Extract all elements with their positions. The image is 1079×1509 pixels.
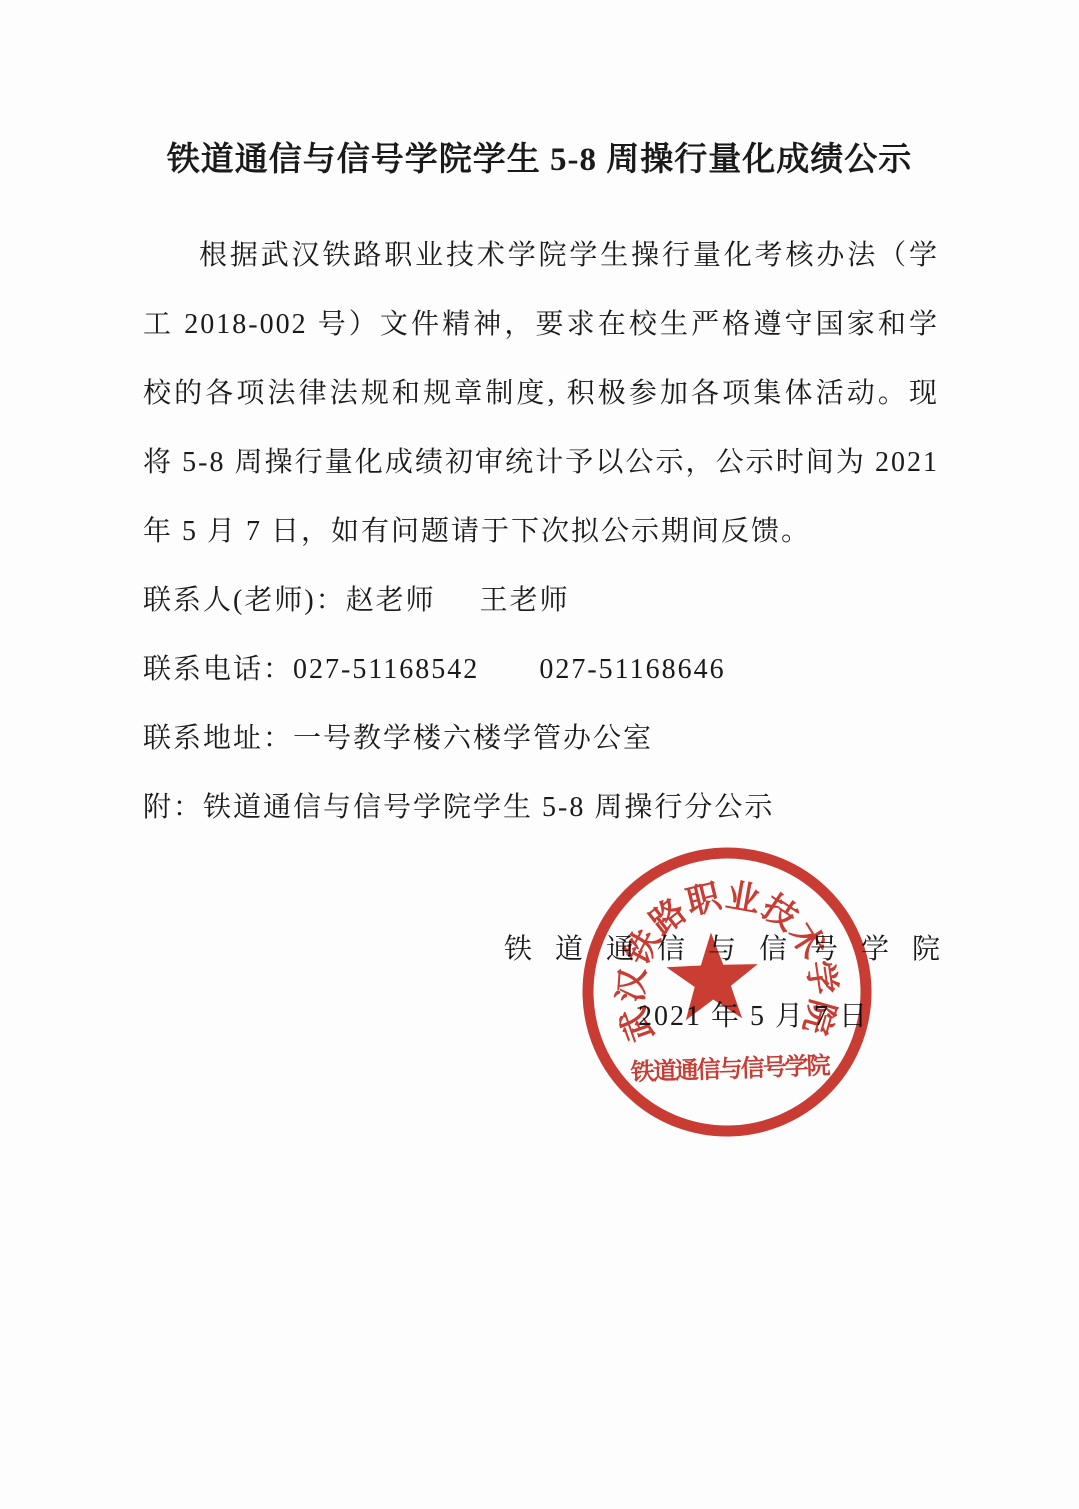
contact-person-row: 联系人(老师)：赵老师王老师: [143, 566, 939, 635]
contact-phone-label: 联系电话：: [143, 654, 293, 685]
contact-person-label: 联系人(老师)：: [143, 585, 346, 616]
contact-person-2: 王老师: [480, 585, 570, 616]
seal-inner-text: 铁道通信与信号学院: [629, 1051, 831, 1086]
document-page: 铁道通信与信号学院学生 5-8 周操行量化成绩公示 根据武汉铁路职业技术学院学生…: [0, 0, 1079, 1509]
attachment-label: 附：: [143, 792, 203, 823]
star-icon: [665, 931, 759, 1021]
document-title: 铁道通信与信号学院学生 5-8 周操行量化成绩公示: [0, 138, 1079, 182]
contact-address-value: 一号教学楼六楼学管办公室: [293, 723, 653, 754]
body-paragraph: 根据武汉铁路职业技术学院学生操行量化考核办法（学工 2018-002 号）文件精…: [143, 221, 939, 566]
seal-outer-textpath: 武汉铁路职业技术学院: [608, 873, 844, 1047]
contact-address-row: 联系地址：一号教学楼六楼学管办公室: [143, 704, 939, 773]
contact-phone-1: 027-51168542: [293, 654, 479, 685]
contact-address-label: 联系地址：: [143, 723, 293, 754]
contact-phone-row: 联系电话：027-51168542027-51168646: [143, 635, 939, 704]
contact-person-1: 赵老师: [346, 585, 436, 616]
attachment-value: 铁道通信与信号学院学生 5-8 周操行分公示: [203, 792, 774, 823]
official-seal: 武汉铁路职业技术学院 铁道通信与信号学院: [565, 830, 890, 1155]
seal-outer-text: 武汉铁路职业技术学院: [608, 873, 844, 1047]
contact-phone-2: 027-51168646: [539, 654, 725, 685]
document-body: 根据武汉铁路职业技术学院学生操行量化考核办法（学工 2018-002 号）文件精…: [143, 221, 939, 842]
